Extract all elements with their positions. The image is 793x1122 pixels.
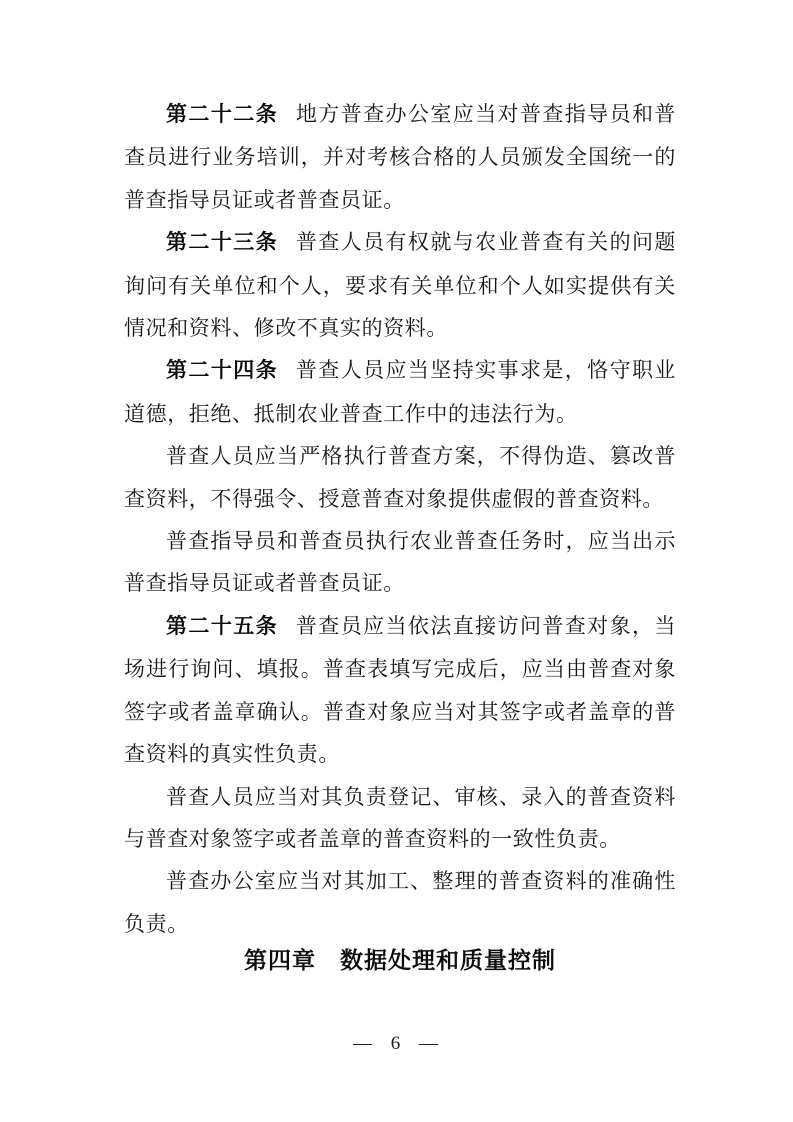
body-paragraph: 普查人员应当严格执行普查方案，不得伪造、篡改普查资料，不得强令、授意普查对象提供… (124, 435, 676, 520)
article-number-22: 第二十二条 (166, 103, 278, 126)
body-paragraph: 普查指导员和普查员执行农业普查任务时，应当出示普查指导员证或者普查员证。 (124, 520, 676, 605)
article-number-23: 第二十三条 (166, 231, 278, 254)
article-number-25: 第二十五条 (166, 615, 278, 638)
chapter-heading: 第四章 数据处理和质量控制 (124, 941, 676, 979)
article-paragraph-24: 第二十四条普查人员应当坚持实事求是，恪守职业道德，拒绝、抵制农业普查工作中的违法… (124, 349, 676, 435)
article-number-24: 第二十四条 (166, 359, 278, 382)
body-paragraph: 普查办公室应当对其加工、整理的普查资料的准确性负责。 (124, 860, 676, 945)
document-page: 第二十二条地方普查办公室应当对普查指导员和普查员进行业务培训，并对考核合格的人员… (0, 0, 793, 1122)
article-paragraph-22: 第二十二条地方普查办公室应当对普查指导员和普查员进行业务培训，并对考核合格的人员… (124, 93, 676, 221)
article-paragraph-23: 第二十三条普查人员有权就与农业普查有关的问题询问有关单位和个人，要求有关单位和个… (124, 221, 676, 349)
page-number: — 6 — (0, 1033, 793, 1055)
article-paragraph-25: 第二十五条普查员应当依法直接访问普查对象，当场进行询问、填报。普查表填写完成后，… (124, 605, 676, 776)
document-body: 第二十二条地方普查办公室应当对普查指导员和普查员进行业务培训，并对考核合格的人员… (124, 93, 676, 979)
body-paragraph: 普查人员应当对其负责登记、审核、录入的普查资料与普查对象签字或者盖章的普查资料的… (124, 776, 676, 861)
